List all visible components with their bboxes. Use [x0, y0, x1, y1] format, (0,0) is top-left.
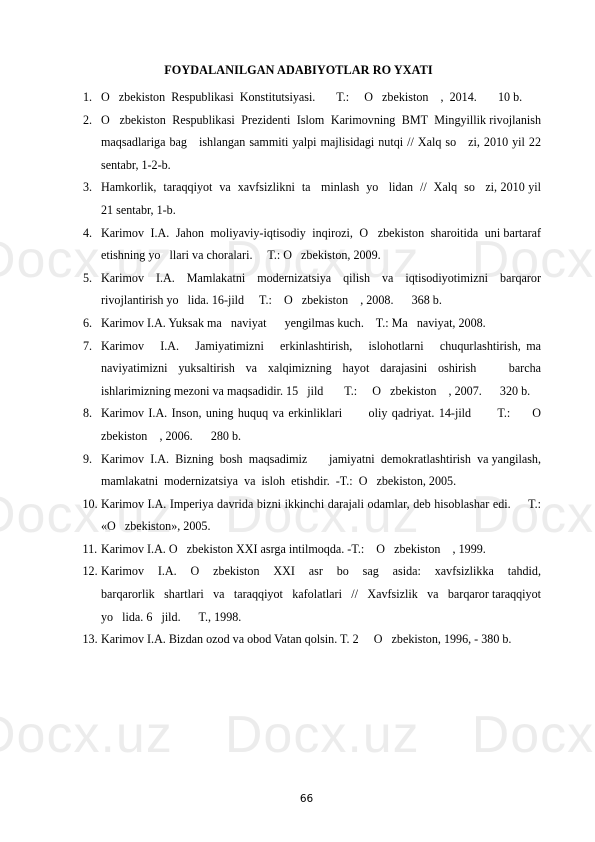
reference-list: 1.O zbekiston Respublikasi Konstitutsiya…	[83, 86, 541, 651]
reference-text: Karimov I.A. Jamiyatimizni erkinlashtiri…	[101, 339, 550, 398]
document-page: FOYDALANILGAN ADABIYOTLAR RO YXATI 1.O z…	[0, 0, 595, 842]
reference-text: Karimov I.A. Bizning bosh maqsadimiz jam…	[101, 452, 547, 489]
reference-item: 13.Karimov I.A. Bizdan ozod va obod Vata…	[83, 628, 541, 651]
reference-number: 6.	[83, 312, 92, 335]
title-text: FOYDALANILGAN ADABIYOTLAR RO YXATI	[164, 63, 433, 78]
reference-item: 3.Hamkorlik, taraqqiyot va xavfsizlikni …	[83, 176, 541, 221]
reference-item: 5.Karimov I.A. Mamlakatni modernizatsiya…	[83, 267, 541, 312]
reference-text: Hamkorlik, taraqqiyot va xavfsizlikni ta…	[101, 180, 544, 217]
reference-number: 7.	[83, 335, 92, 358]
reference-number: 2.	[83, 109, 92, 132]
reference-item: 2.O zbekiston Respublikasi Prezidenti Is…	[83, 109, 541, 177]
reference-text: O zbekiston Respublikasi Konstitutsiyasi…	[101, 90, 522, 104]
reference-item: 9.Karimov I.A. Bizning bosh maqsadimiz j…	[83, 448, 541, 493]
reference-text: Karimov I.A. O zbekiston XXI asrga intil…	[101, 542, 486, 556]
reference-text: Karimov I.A. Inson, uning huquq va erkin…	[101, 406, 550, 443]
reference-number: 5.	[83, 267, 92, 290]
reference-item: 12.Karimov I.A. O zbekiston XXI asr bo s…	[83, 560, 541, 628]
reference-number: 11.	[83, 538, 98, 561]
reference-text: Karimov I.A. Yuksak ma naviyat yengilmas…	[101, 316, 486, 330]
reference-number: 10.	[83, 493, 98, 516]
page-number: 66	[0, 793, 595, 805]
reference-item: 8.Karimov I.A. Inson, uning huquq va erk…	[83, 402, 541, 447]
reference-item: 6.Karimov I.A. Yuksak ma naviyat yengilm…	[83, 312, 541, 335]
reference-number: 3.	[83, 176, 92, 199]
reference-text: Karimov I.A. Bizdan ozod va obod Vatan q…	[101, 632, 511, 646]
reference-item: 10.Karimov I.A. Imperiya davrida bizni i…	[83, 493, 541, 538]
reference-number: 8.	[83, 402, 92, 425]
reference-item: 4.Karimov I.A. Jahon moliyaviy-iqtisodiy…	[83, 222, 541, 267]
reference-item: 11.Karimov I.A. O zbekiston XXI asrga in…	[83, 538, 541, 561]
reference-number: 1.	[83, 86, 92, 109]
reference-text: Karimov I.A. Mamlakatni modernizatsiya q…	[101, 271, 544, 308]
reference-item: 1.O zbekiston Respublikasi Konstitutsiya…	[83, 86, 541, 109]
reference-number: 12.	[83, 560, 98, 583]
reference-number: 9.	[83, 448, 92, 471]
page-title: FOYDALANILGAN ADABIYOTLAR RO YXATI	[0, 63, 595, 78]
reference-text: Karimov I.A. Imperiya davrida bizni ikki…	[101, 497, 544, 534]
reference-text: Karimov I.A. O zbekiston XXI asr bo sag …	[101, 564, 544, 623]
reference-number: 13.	[83, 628, 98, 651]
reference-text: O zbekiston Respublikasi Prezidenti Islo…	[101, 113, 544, 172]
reference-number: 4.	[83, 222, 92, 245]
reference-item: 7.Karimov I.A. Jamiyatimizni erkinlashti…	[83, 335, 541, 403]
reference-text: Karimov I.A. Jahon moliyaviy-iqtisodiy i…	[101, 226, 544, 263]
